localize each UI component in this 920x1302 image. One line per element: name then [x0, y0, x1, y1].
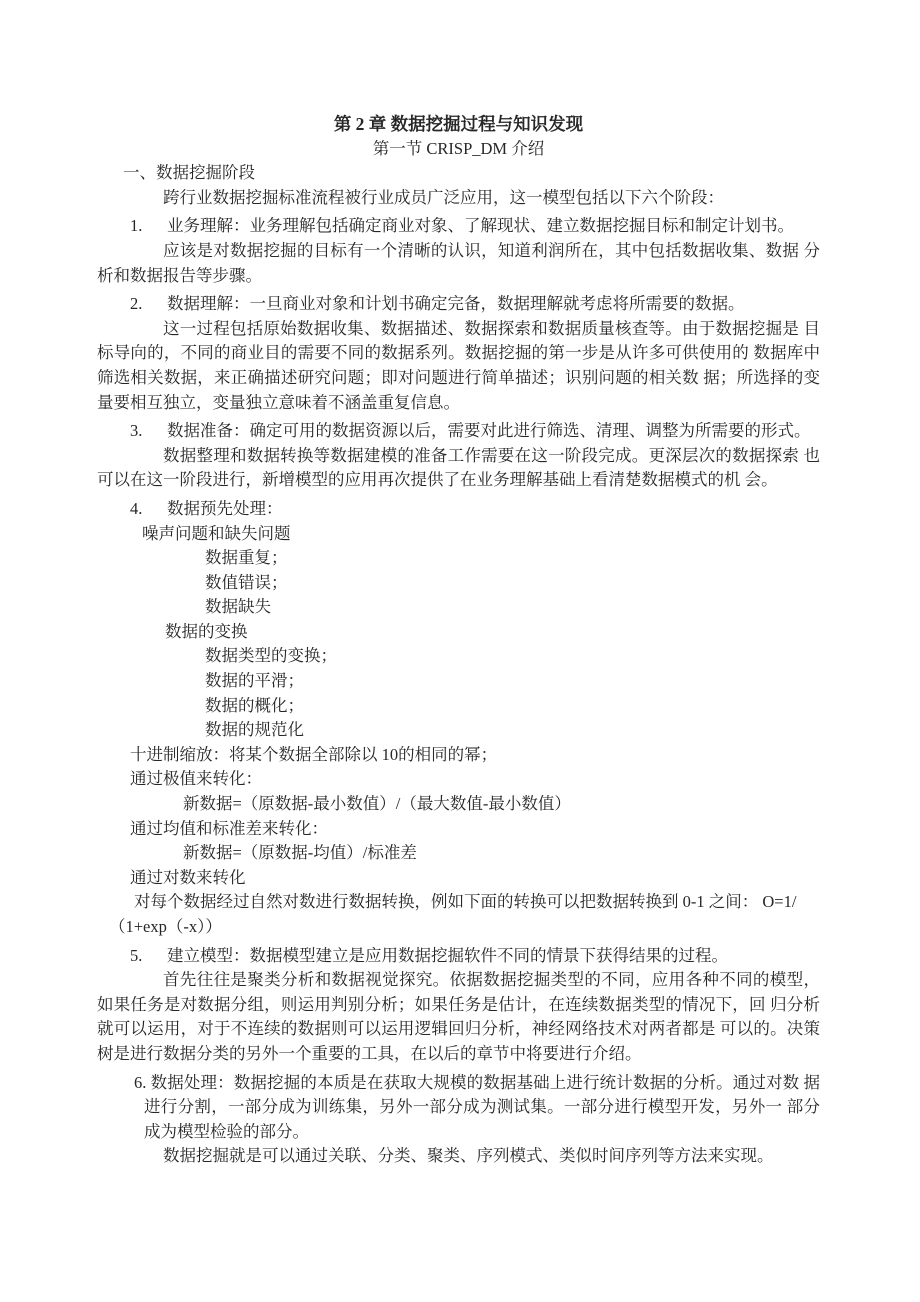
- item-text: 业务理解：业务理解包括确定商业对象、了解现状、建立数据挖掘目标和制定计划书。: [167, 216, 794, 235]
- preprocess-noise-item: 数值错误；: [97, 571, 820, 596]
- extreme-transform-formula: 新数据=（原数据-最小数值）/（最大数值-最小数值）: [97, 792, 820, 817]
- section-title: 第一节 CRISP_DM 介绍: [97, 137, 820, 162]
- zscore-transform-formula: 新数据=（原数据-均值）/标准差: [97, 841, 820, 866]
- section-heading: 一、数据挖掘阶段: [97, 161, 820, 186]
- log-transform-text: 对每个数据经过自然对数进行数据转换，例如下面的转换可以把数据转换到 0-1 之间…: [97, 890, 820, 915]
- log-transform-heading: 通过对数来转化: [97, 866, 820, 891]
- item-business-understanding: 1.业务理解：业务理解包括确定商业对象、了解现状、建立数据挖掘目标和制定计划书。: [130, 214, 820, 239]
- item-number: 5.: [130, 944, 167, 969]
- extreme-transform-heading: 通过极值来转化：: [97, 767, 820, 792]
- paragraph-data-understanding: 这一过程包括原始数据收集、数据描述、数据探索和数据质量核查等。由于数据挖掘是 目…: [97, 317, 820, 415]
- document-page: 第 2 章 数据挖掘过程与知识发现 第一节 CRISP_DM 介绍 一、数据挖掘…: [0, 0, 920, 1302]
- item-text: 数据理解：一旦商业对象和计划书确定完备，数据理解就考虑将所需要的数据。: [167, 294, 745, 313]
- document-content: 第 2 章 数据挖掘过程与知识发现 第一节 CRISP_DM 介绍 一、数据挖掘…: [0, 0, 920, 1169]
- decimal-scaling-line: 十进制缩放：将某个数据全部除以 10的相同的幂；: [97, 743, 820, 768]
- preprocess-noise-heading: 噪声问题和缺失问题: [97, 522, 820, 547]
- preprocess-transform-item: 数据的概化；: [97, 694, 820, 719]
- log-transform-formula: （1+exp（-x））: [97, 915, 820, 940]
- item-text: 数据准备：确定可用的数据资源以后，需要对此进行筛选、清理、调整为所需要的形式。: [167, 421, 811, 440]
- item-number: 2.: [130, 292, 167, 317]
- paragraph-business-understanding: 应该是对数据挖掘的目标有一个清晰的认识，知道利润所在，其中包括数据收集、数据 分…: [97, 239, 820, 288]
- chapter-title: 第 2 章 数据挖掘过程与知识发现: [97, 112, 820, 137]
- item-number: 1.: [130, 214, 167, 239]
- item-number: 6.: [134, 1073, 146, 1092]
- preprocess-transform-item: 数据的平滑；: [97, 669, 820, 694]
- zscore-transform-heading: 通过均值和标准差来转化：: [97, 817, 820, 842]
- item-text: 建立模型：数据模型建立是应用数据挖掘软件不同的情景下获得结果的过程。: [167, 946, 728, 965]
- preprocess-transform-item: 数据类型的变换；: [97, 644, 820, 669]
- item-data-understanding: 2.数据理解：一旦商业对象和计划书确定完备，数据理解就考虑将所需要的数据。: [130, 292, 820, 317]
- closing-paragraph: 数据挖掘就是可以通过关联、分类、聚类、序列模式、类似时间序列等方法来实现。: [97, 1144, 820, 1169]
- item-number: 4.: [130, 497, 167, 522]
- item-data-preprocessing: 4.数据预先处理：: [130, 497, 820, 522]
- item-modeling: 5.建立模型：数据模型建立是应用数据挖掘软件不同的情景下获得结果的过程。: [130, 944, 820, 969]
- preprocess-transform-item: 数据的规范化: [97, 718, 820, 743]
- item-text: 数据处理：数据挖掘的本质是在获取大规模的数据基础上进行统计数据的分析。通过对数 …: [144, 1073, 820, 1141]
- item-data-processing: 6. 数据处理：数据挖掘的本质是在获取大规模的数据基础上进行统计数据的分析。通过…: [134, 1071, 820, 1145]
- paragraph-data-preparation: 数据整理和数据转换等数据建模的准备工作需要在这一阶段完成。更深层次的数据探索 也…: [97, 444, 820, 493]
- item-text: 数据预先处理：: [167, 499, 283, 518]
- preprocess-noise-item: 数据重复；: [97, 546, 820, 571]
- preprocess-transform-heading: 数据的变换: [97, 620, 820, 645]
- paragraph-modeling: 首先往往是聚类分析和数据视觉探究。依据数据挖掘类型的不同，应用各种不同的模型， …: [97, 968, 820, 1066]
- intro-paragraph: 跨行业数据挖掘标准流程被行业成员广泛应用，这一模型包括以下六个阶段：: [97, 186, 820, 211]
- item-number: 3.: [130, 419, 167, 444]
- preprocess-noise-item: 数据缺失: [97, 595, 820, 620]
- item-data-preparation: 3.数据准备：确定可用的数据资源以后，需要对此进行筛选、清理、调整为所需要的形式…: [130, 419, 820, 444]
